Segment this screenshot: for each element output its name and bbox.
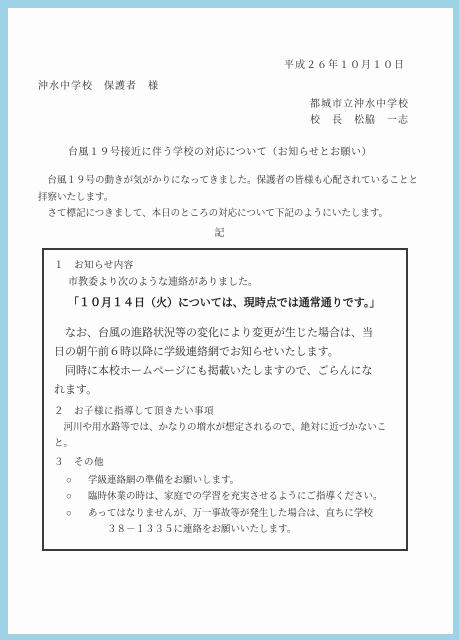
list-item: ○ 学級連絡網の準備をお願いします。: [66, 473, 396, 490]
intro-paragraphs: 台風１９号の動きが気がかりになってきました。保護者の皆様も心配されていることと拝…: [38, 173, 431, 223]
section1-paragraph-2: 同時に本校ホームページにも掲載いたしますので、ごらんになれます。: [54, 362, 396, 400]
section1-heading: １ お知らせ内容: [54, 259, 396, 273]
list-item-text: あってはなりませんが、万一事故等が発生した場合は、直ちに学校 ３８－１３３５に連…: [88, 506, 396, 539]
circle-bullet-icon: ○: [66, 489, 88, 506]
circle-bullet-icon: ○: [66, 506, 88, 539]
list-item-text: 臨時休業の時は、家庭での学習を充実させるようにご指導ください。: [88, 489, 396, 506]
document-title: 台風１９号接近に伴う学校の対応について（お知らせとお願い）: [68, 143, 431, 158]
section1-quote: 「１０月１４日（火）については、現時点では通常通りです。」: [68, 293, 396, 314]
sender-school-line: 都城市立沖水中学校: [38, 97, 409, 113]
section2-body: 河川や用水路等では、かなりの増水が想定されるので、絶対に近づかないこと。: [54, 420, 396, 453]
sender-principal-line: 校 長 松脇 一志: [38, 113, 409, 129]
record-mark: 記: [38, 224, 431, 239]
section3-heading: ３ その他: [54, 456, 396, 470]
section3-bullet-list: ○ 学級連絡網の準備をお願いします。 ○ 臨時休業の時は、家庭での学習を充実させ…: [54, 473, 396, 539]
section2-heading: ２ お子様に指導して頂きたい事項: [54, 405, 396, 419]
sender-block: 都城市立沖水中学校 校 長 松脇 一志: [38, 97, 431, 129]
list-item: ○ 臨時休業の時は、家庭での学習を充実させるようにご指導ください。: [66, 489, 396, 506]
section1-intro: 市教委より次のような連絡がありました。: [68, 274, 396, 291]
intro-paragraph-1: 台風１９号の動きが気がかりになってきました。保護者の皆様も心配されていることと拝…: [38, 173, 419, 206]
document-page: 平成２６年１０月１０日 沖水中学校 保護者 様 都城市立沖水中学校 校 長 松脇…: [8, 8, 453, 634]
date-line: 平成２６年１０月１０日: [38, 56, 431, 71]
circle-bullet-icon: ○: [66, 473, 88, 490]
notice-box: １ お知らせ内容 市教委より次のような連絡がありました。 「１０月１４日（火）に…: [42, 248, 408, 551]
addressee-line: 沖水中学校 保護者 様: [38, 77, 431, 92]
intro-paragraph-2: さて標記につきまして、本日のところの対応について下記のようにいたします。: [38, 206, 419, 223]
section1-paragraph-1: なお、台風の進路状況等の変化により変更が生じた場合は、当日の朝午前６時以降に学級…: [54, 324, 396, 362]
list-item-text: 学級連絡網の準備をお願いします。: [88, 473, 396, 490]
list-item: ○ あってはなりませんが、万一事故等が発生した場合は、直ちに学校 ３８－１３３５…: [66, 506, 396, 539]
